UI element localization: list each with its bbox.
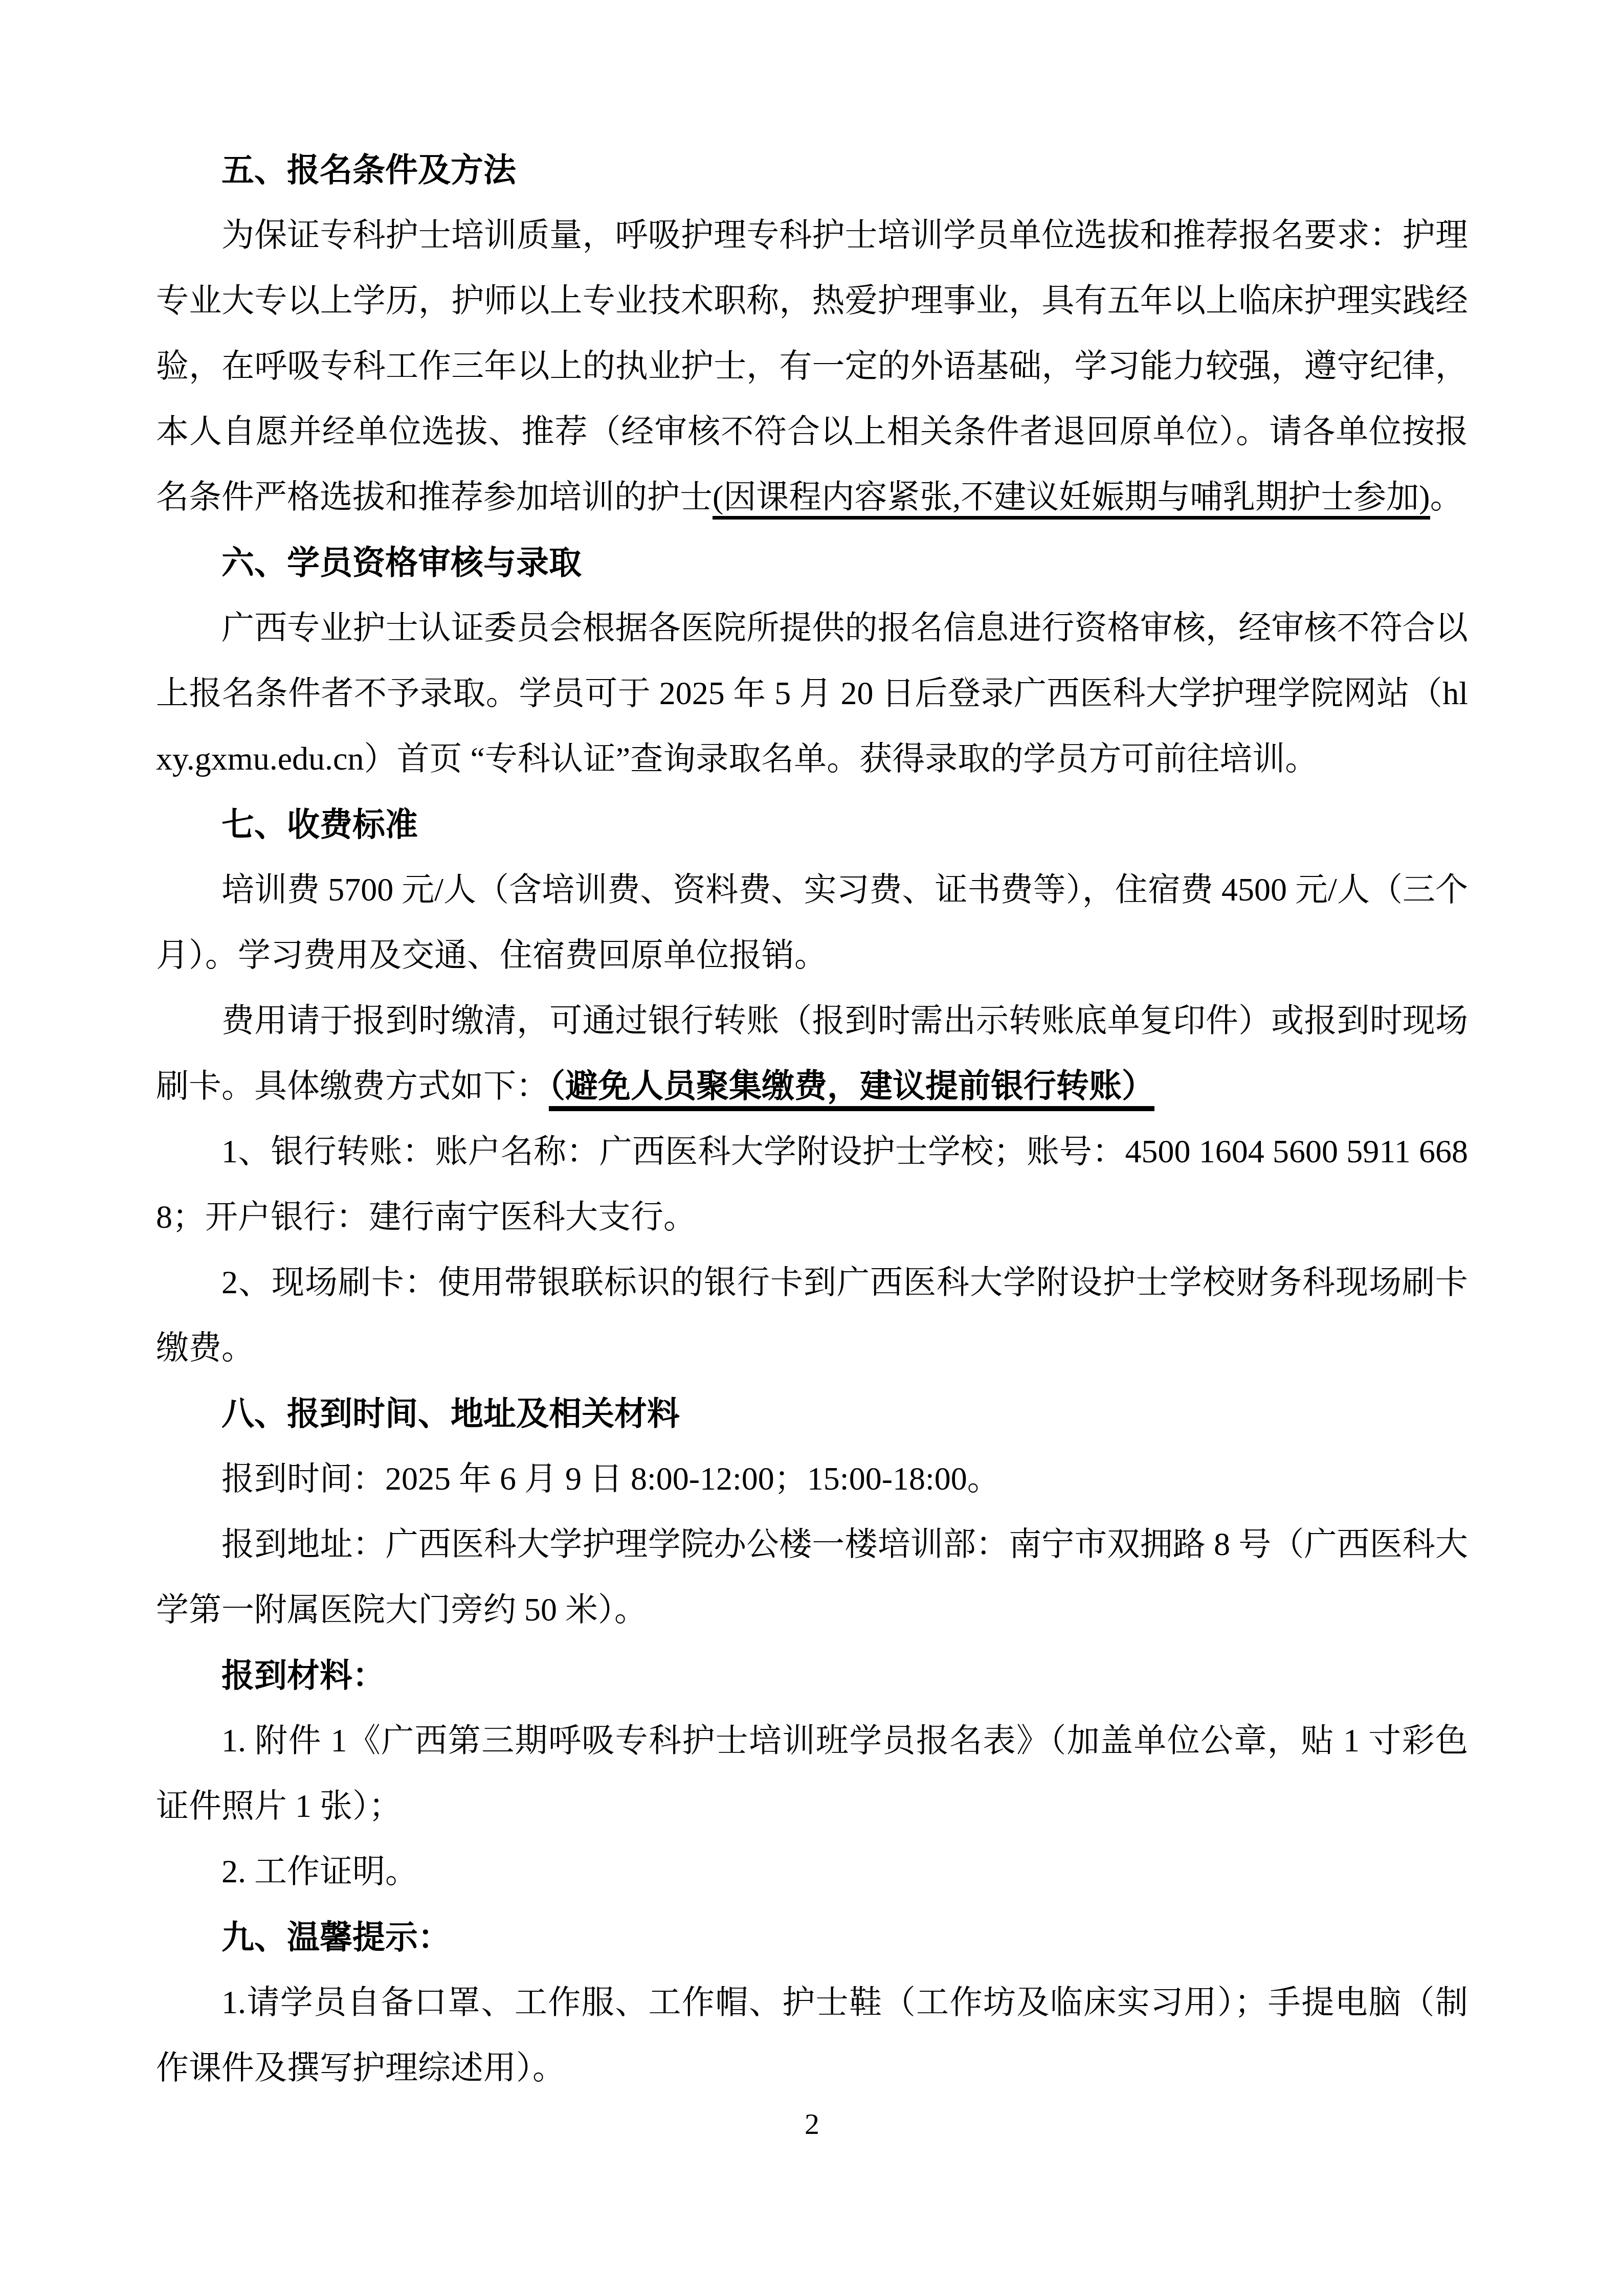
section-7-fees-paragraph: 培训费 5700 元/人（含培训费、资料费、实习费、证书费等），住宿费 4500… [156,857,1468,988]
card-payment-item: 2、现场刷卡：使用带银联标识的银行卡到广西医科大学附设护士学校财务科现场刷卡缴费… [156,1250,1468,1381]
section-6-paragraph: 广西专业护士认证委员会根据各医院所提供的报名信息进行资格审核，经审核不符合以上报… [156,595,1468,792]
section-5-paragraph: 为保证专科护士培训质量，呼吸护理专科护士培训学员单位选拔和推荐报名要求：护理专业… [156,202,1468,530]
materials-label: 报到材料： [156,1642,1468,1708]
section-9-heading: 九、温馨提示： [156,1904,1468,1970]
bank-transfer-item: 1、银行转账：账户名称：广西医科大学附设护士学校；账号：4500 1604 56… [156,1119,1468,1250]
section-6-heading: 六、学员资格审核与录取 [156,530,1468,595]
material-item-1: 1. 附件 1《广西第三期呼吸专科护士培训班学员报名表》（加盖单位公章，贴 1 … [156,1708,1468,1839]
checkin-address-text: 报到地址：广西医科大学护理学院办公楼一楼培训部：南宁市双拥路 8 号（广西医科大… [156,1526,1468,1628]
section-7-payment-paragraph: 费用请于报到时缴清，可通过银行转账（报到时需出示转账底单复印件）或报到时现场刷卡… [156,988,1468,1119]
section-7-heading: 七、收费标准 [156,792,1468,857]
page-number: 2 [0,2091,1624,2157]
material-item-2-text: 2. 工作证明。 [221,1853,418,1889]
pregnancy-note-underlined: (因课程内容紧张,不建议妊娠期与哺乳期护士参加) [713,479,1430,520]
fees-text: 培训费 5700 元/人（含培训费、资料费、实习费、证书费等），住宿费 4500… [156,871,1468,973]
checkin-address-paragraph: 报到地址：广西医科大学护理学院办公楼一楼培训部：南宁市双拥路 8 号（广西医科大… [156,1512,1468,1642]
checkin-time-paragraph: 报到时间：2025 年 6 月 9 日 8:00-12:00；15:00-18:… [156,1446,1468,1512]
checkin-time-text: 报到时间：2025 年 6 月 9 日 8:00-12:00；15:00-18:… [221,1460,1000,1497]
tips-item-1-text: 1.请学员自备口罩、工作服、工作帽、护士鞋（工作坊及临床实习用）；手提电脑（制作… [156,1984,1468,2086]
material-item-1-text: 1. 附件 1《广西第三期呼吸专科护士培训班学员报名表》（加盖单位公章，贴 1 … [156,1722,1468,1824]
document-page: 五、报名条件及方法 为保证专科护士培训质量，呼吸护理专科护士培训学员单位选拔和推… [156,137,1468,2101]
section-5-period: 。 [1430,479,1463,515]
section-5-text: 为保证专科护士培训质量，呼吸护理专科护士培训学员单位选拔和推荐报名要求：护理专业… [156,217,1468,515]
payment-advice-underlined: （避免人员聚集缴费，建议提前银行转账） [549,1068,1154,1111]
section-8-heading: 八、报到时间、地址及相关材料 [156,1381,1468,1446]
section-5-heading: 五、报名条件及方法 [156,137,1468,202]
material-item-2: 2. 工作证明。 [156,1839,1468,1904]
card-payment-text: 2、现场刷卡：使用带银联标识的银行卡到广西医科大学附设护士学校财务科现场刷卡缴费… [156,1264,1468,1366]
bank-transfer-text: 1、银行转账：账户名称：广西医科大学附设护士学校；账号：4500 1604 56… [156,1133,1468,1235]
section-6-text: 广西专业护士认证委员会根据各医院所提供的报名信息进行资格审核，经审核不符合以上报… [156,610,1468,777]
tips-item-1: 1.请学员自备口罩、工作服、工作帽、护士鞋（工作坊及临床实习用）；手提电脑（制作… [156,1970,1468,2101]
